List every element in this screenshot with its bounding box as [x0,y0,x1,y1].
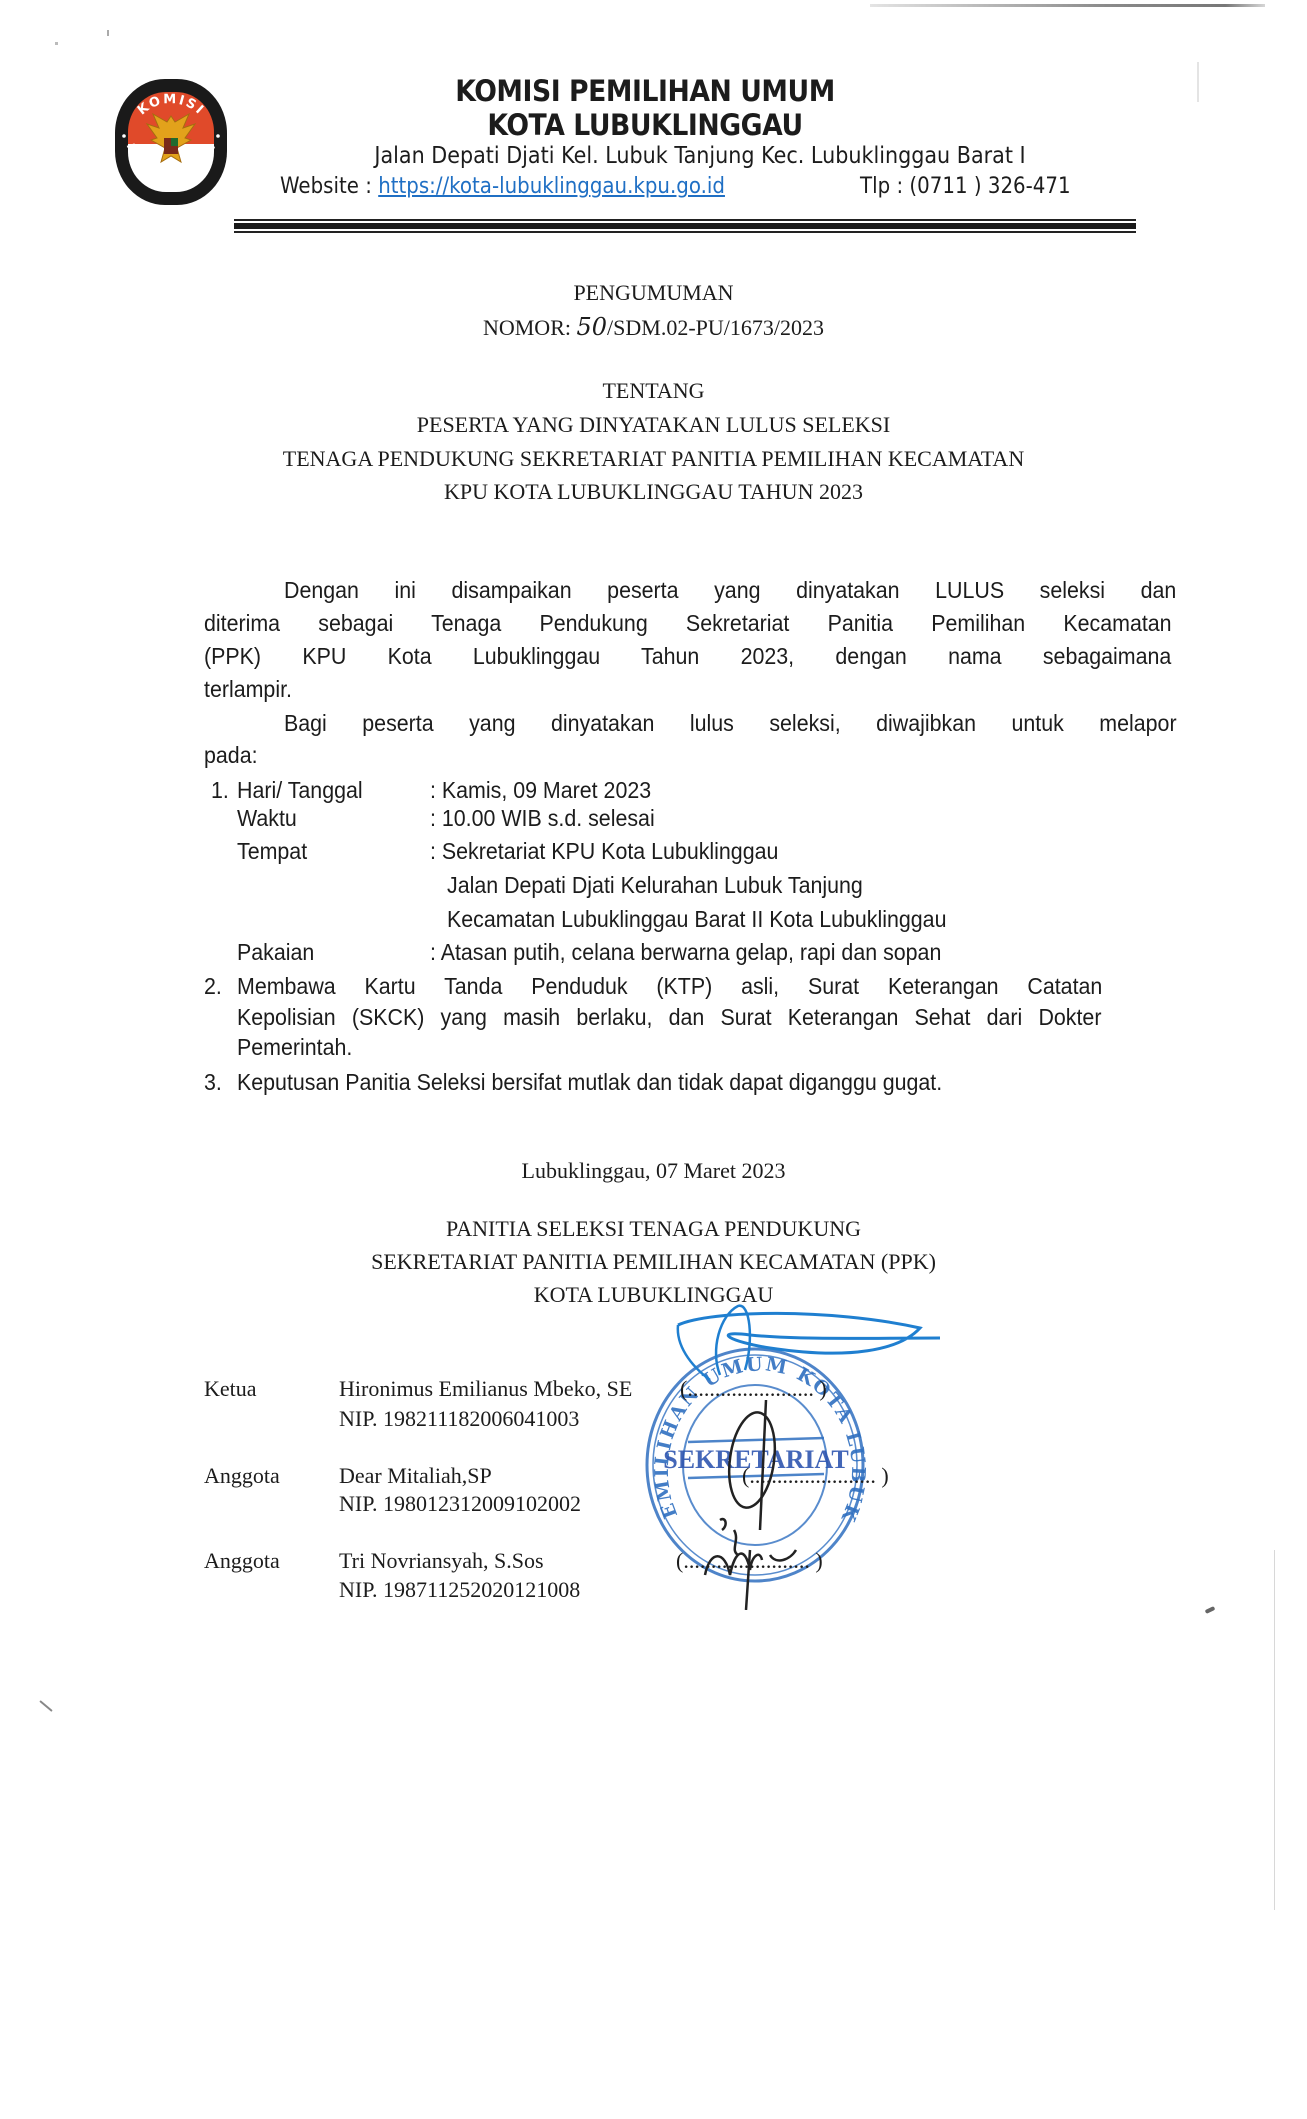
paragraph-line: Bagi peserta yang dinyatakan lulus selek… [284,710,1177,737]
scan-artifact [1197,62,1199,102]
agency-address: Jalan Depati Djati Kel. Lubuk Tanjung Ke… [340,143,1060,169]
signature-icon [690,1380,800,1610]
place-and-date: Lubuklinggau, 07 Maret 2023 [0,1158,1307,1184]
detail-value: : Kamis, 09 Maret 2023 [430,777,651,804]
phone-number: Tlp : (0711 ) 326-471 [860,174,1071,199]
website-link[interactable]: https://kota-lubuklinggau.kpu.go.id [378,174,725,199]
list-number: 2. [204,973,222,1000]
list-text: Keputusan Panitia Seleksi bersifat mutla… [237,1069,942,1096]
paragraph-line: terlampir. [204,676,292,703]
committee-name: PANITIA SELEKSI TENAGA PENDUKUNG [0,1216,1307,1242]
letterhead-divider [234,231,1136,233]
signatory-role: Ketua [204,1376,257,1402]
signature-line: (....................... ) [676,1548,823,1574]
kpu-logo-icon: KOMISI PEMILIHAN UMUM [112,76,230,208]
agency-city: KOTA LUBUKLINGGAU [346,108,944,142]
signatory-nip: NIP. 198211182006041003 [339,1406,579,1432]
signatory-role: Anggota [204,1548,280,1574]
subject-line: TENAGA PENDUKUNG SEKRETARIAT PANITIA PEM… [0,446,1307,472]
letterhead-divider [234,219,1136,221]
scan-artifact [1274,1550,1275,1910]
number-code: /SDM.02-PU/1673/2023 [607,315,824,340]
scan-speck [1205,1606,1216,1614]
detail-value: Jalan Depati Djati Kelurahan Lubuk Tanju… [447,872,863,899]
scan-speck [55,42,58,45]
detail-value: : Atasan putih, celana berwarna gelap, r… [430,939,941,966]
list-text: Kepolisian (SKCK) yang masih berlaku, da… [237,1004,1101,1031]
detail-label: Tempat [237,838,307,865]
paragraph-line: diterima sebagai Tenaga Pendukung Sekret… [204,610,1172,637]
list-number: 3. [204,1069,222,1096]
detail-value: Kecamatan Lubuklinggau Barat II Kota Lub… [447,906,946,933]
paragraph-line: (PPK) KPU Kota Lubuklinggau Tahun 2023, … [204,643,1171,670]
about-label: TENTANG [0,378,1307,404]
signatory-nip: NIP. 198012312009102002 [339,1491,581,1517]
detail-label: Pakaian [237,939,314,966]
scan-speck [39,1700,53,1712]
document-number: NOMOR: 50/SDM.02-PU/1673/2023 [0,313,1307,341]
signatory-name: Tri Novriansyah, S.Sos [339,1548,544,1574]
scan-edge-line [870,4,1265,7]
signatory-name: Hironimus Emilianus Mbeko, SE [339,1376,632,1402]
detail-value: : Sekretariat KPU Kota Lubuklinggau [430,838,778,865]
signatory-name: Dear Mitaliah,SP [339,1463,492,1489]
detail-value: : 10.00 WIB s.d. selesai [430,805,655,832]
website-row: Website : https://kota-lubuklinggau.kpu.… [280,174,725,199]
subject-line: KPU KOTA LUBUKLINGGAU TAHUN 2023 [0,479,1307,505]
subject-line: PESERTA YANG DINYATAKAN LULUS SELEKSI [0,412,1307,438]
signatory-role: Anggota [204,1463,280,1489]
document-type: PENGUMUMAN [0,280,1307,306]
scan-speck [107,30,109,36]
signatory-nip: NIP. 198711252020121008 [339,1577,580,1603]
handwritten-number: 50 [576,313,607,341]
list-number: 1. [211,777,229,804]
detail-label: Waktu [237,805,297,832]
list-text: Membawa Kartu Tanda Penduduk (KTP) asli,… [237,973,1102,1000]
detail-label: Hari/ Tanggal [237,777,363,804]
committee-name: SEKRETARIAT PANITIA PEMILIHAN KECAMATAN … [0,1249,1307,1275]
agency-title: KOMISI PEMILIHAN UMUM [346,74,944,108]
website-label: Website : [280,174,378,199]
signature-line: (....................... ) [742,1463,889,1489]
letterhead-divider [234,223,1136,229]
signature-line: (....................... ) [680,1376,827,1402]
paragraph-line: pada: [204,742,258,769]
number-label: NOMOR: [483,315,577,340]
paragraph-line: Dengan ini disampaikan peserta yang diny… [284,577,1176,604]
list-text: Pemerintah. [237,1034,352,1061]
